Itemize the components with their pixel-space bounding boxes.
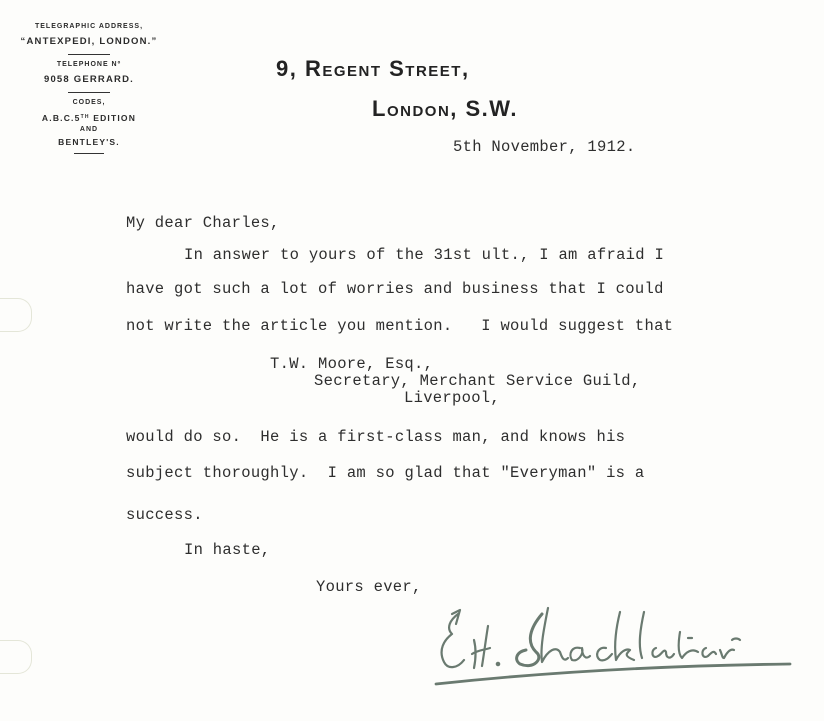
- recipient-city: Liverpool,: [404, 389, 500, 407]
- divider: [74, 153, 104, 154]
- salutation: My dear Charles,: [126, 214, 280, 232]
- codes-bentleys: BENTLEY'S.: [18, 135, 160, 149]
- recipient-title: Secretary, Merchant Service Guild,: [314, 372, 640, 390]
- address-line-1: 9, Regent Street,: [276, 56, 470, 82]
- closing-yours-ever: Yours ever,: [316, 578, 422, 596]
- body-line: have got such a lot of worries and busin…: [126, 280, 664, 298]
- divider: [68, 92, 110, 93]
- body-line: subject thoroughly. I am so glad that "E…: [126, 464, 644, 482]
- divider: [68, 54, 110, 55]
- body-line: In answer to yours of the 31st ult., I a…: [184, 246, 664, 264]
- body-line: not write the article you mention. I wou…: [126, 317, 673, 335]
- letter-date: 5th November, 1912.: [453, 138, 635, 156]
- paper-stain: [0, 640, 32, 674]
- telephone-value: 9058 GERRARD.: [18, 73, 160, 87]
- codes-and: AND: [18, 125, 160, 135]
- closing-in-haste: In haste,: [184, 541, 270, 559]
- codes-abc: A.B.C.5TH EDITION: [18, 110, 160, 125]
- telegraphic-address-value: “ANTEXPEDI, LONDON.”: [18, 35, 160, 49]
- telegraphic-address-label: TELEGRAPHIC ADDRESS,: [18, 22, 160, 32]
- letterhead-contact-block: TELEGRAPHIC ADDRESS, “ANTEXPEDI, LONDON.…: [18, 22, 160, 159]
- body-line: success.: [126, 506, 203, 524]
- address-line-2: London, S.W.: [372, 96, 518, 122]
- telephone-label: TELEPHONE Nº: [18, 60, 160, 70]
- paper-stain: [0, 298, 32, 332]
- signature: [430, 592, 800, 692]
- letter-page: TELEGRAPHIC ADDRESS, “ANTEXPEDI, LONDON.…: [0, 0, 824, 721]
- recipient-name: T.W. Moore, Esq.,: [270, 355, 433, 373]
- body-line: would do so. He is a first-class man, an…: [126, 428, 625, 446]
- codes-label: CODES,: [18, 98, 160, 108]
